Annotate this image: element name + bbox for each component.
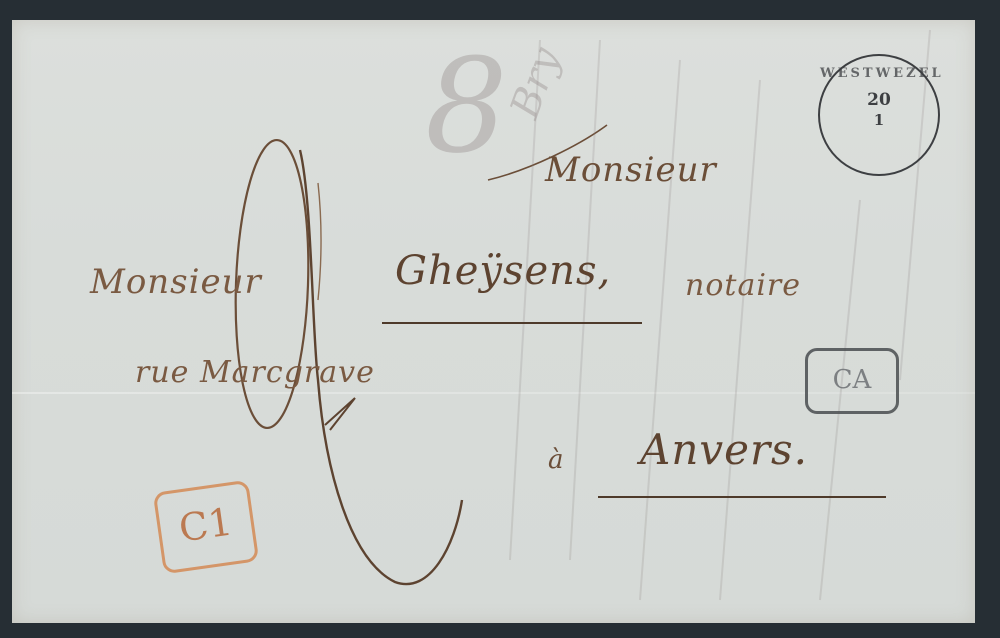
postmark-month: 1 [820, 111, 938, 129]
boxed-ca-handstamp: CA [805, 348, 899, 414]
name-underline [382, 322, 642, 324]
postmark-day: 20 [820, 90, 938, 110]
postmark-town: WESTWEZEL [820, 66, 938, 81]
address-salutation: Monsieur [545, 150, 717, 190]
address-recipient-title: notaire [685, 268, 801, 303]
address-recipient-name: Gheÿsens, [395, 248, 611, 294]
address-preposition: à [548, 445, 565, 475]
address-salutation-2: Monsieur [90, 262, 262, 302]
city-underline [598, 496, 886, 498]
boxed-orange-handstamp: C1 [153, 480, 259, 575]
address-street: rue Marcgrave [135, 355, 375, 390]
circular-postmark: WESTWEZEL 20 1 [818, 54, 940, 176]
address-city: Anvers. [640, 425, 808, 474]
